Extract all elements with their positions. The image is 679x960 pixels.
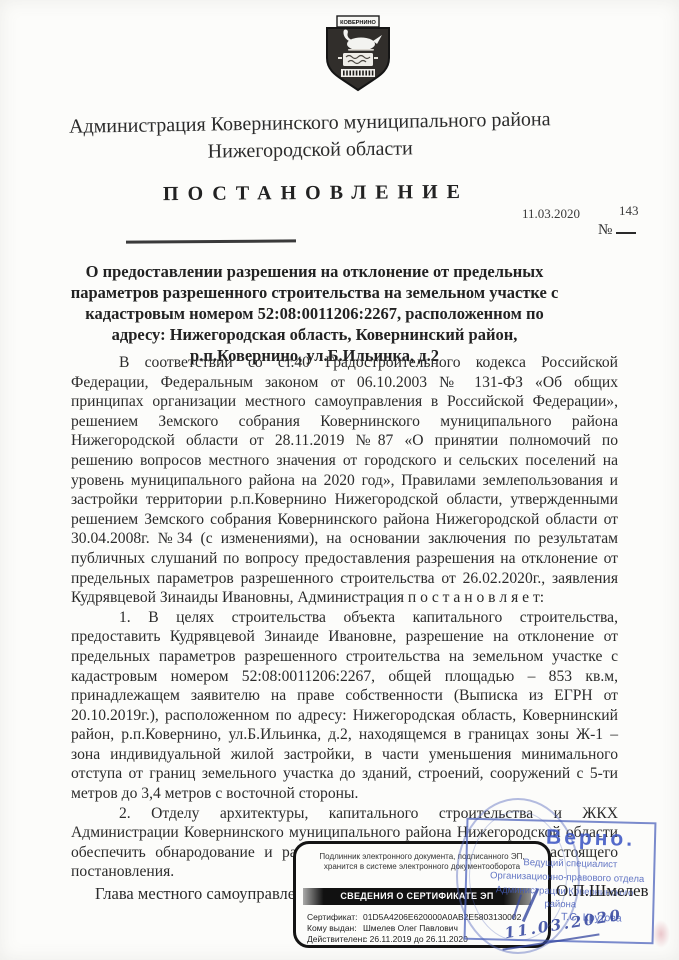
number-sign: № (598, 220, 636, 239)
stamp-verified-text: Верно. (546, 826, 636, 852)
document-date: 11.03.2020 (522, 206, 580, 222)
signatory-name: О.П.Шмелев (556, 881, 649, 901)
emblem-town-name: КОВЕРНИНО (340, 20, 376, 26)
number-sign-label: № (598, 222, 612, 238)
scanned-decree-page: КОВЕРНИНО (0, 0, 679, 960)
emblem-ornament (338, 53, 378, 66)
organization-name: Администрация Ковернинского муниципально… (0, 105, 620, 169)
number-blank-line (616, 220, 636, 234)
certificate-label: Сертификат: (307, 912, 363, 923)
emblem-comb (341, 69, 375, 77)
document-title: О предоставлении разрешения на отклонени… (62, 261, 567, 366)
certificate-label: Кому выдан: (307, 923, 363, 934)
certificate-value: с 26.11.2019 до 26.11.2020 (363, 934, 468, 944)
certificate-label: Действителен: (307, 934, 363, 945)
scan-smudge (652, 920, 670, 948)
coat-of-arms: КОВЕРНИНО (324, 14, 392, 94)
item-1-paragraph: 1. В целях строительства объекта капитал… (71, 608, 618, 804)
document-number: 143 (619, 203, 639, 219)
preamble-paragraph: В соответствии со ст.40 Градостроительно… (71, 353, 618, 608)
certificate-value: Шмелев Олег Павлович (363, 923, 458, 933)
coat-of-arms-icon: КОВЕРНИНО (324, 14, 392, 94)
header-divider-line (126, 239, 296, 243)
stamp-role-line1: Ведущий специалист (523, 857, 617, 870)
document-type-heading: ПОСТАНОВЛЕНИЕ (0, 180, 632, 207)
